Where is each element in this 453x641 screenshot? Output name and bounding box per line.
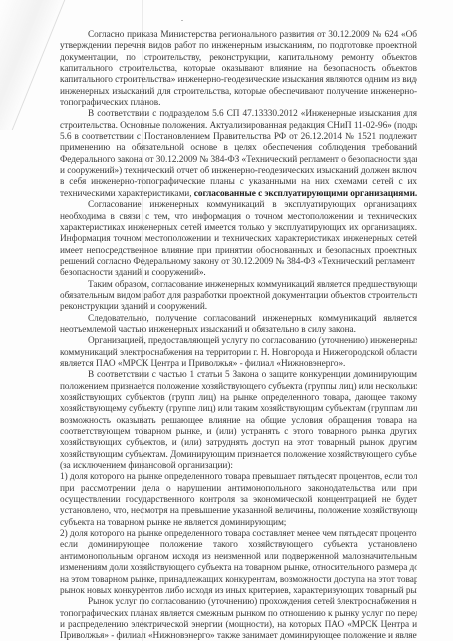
text-line: характеристиках инженерных сетей имеется…	[60, 223, 417, 234]
text-line: инженерных изысканий для строительства, …	[60, 87, 417, 98]
text-line: установлено, что, несмотря на превышение…	[60, 506, 417, 517]
text-line: соответствующем товарном рынке, и (или) …	[60, 427, 417, 438]
text-line: применению на обязательной основе в целя…	[60, 143, 417, 154]
text-line: изменениям доли хозяйствующего субъекта …	[60, 563, 417, 574]
text-line: на этом товарном рынке, принадлежащих ко…	[60, 575, 417, 586]
text-line: Организацией, предоставляющей услугу по …	[60, 336, 417, 347]
text-line: строительства. Основные положения. Актуа…	[60, 121, 417, 132]
text-line: и распределению электрической энергии (м…	[60, 620, 417, 631]
text-line: хозяйствующих субъектов (групп лиц) на р…	[60, 393, 417, 404]
text-line: реконструкции зданий и сооружений.	[60, 302, 417, 313]
text-line: Рынок услуг по согласованию (уточнению) …	[60, 597, 417, 608]
paragraph-sp-47: В соответствии с подразделом 5.6 СП 47.1…	[60, 109, 417, 200]
scan-shadow-edge	[0, 0, 69, 130]
text-line: топографических планах является смежным …	[60, 609, 417, 620]
paragraph-order-624: Согласно приказа Министерства региональн…	[60, 30, 417, 109]
text-line: 2) доля которого на рынке определенного …	[60, 529, 417, 540]
text-line: обязательным видом работ для разработки …	[60, 291, 417, 302]
paragraph-consequently: Следовательно, получение согласований ин…	[60, 314, 417, 337]
paragraph-adjacent-market: Рынок услуг по согласованию (уточнению) …	[60, 597, 417, 641]
text-line: рынок новых конкурентов либо исходя из и…	[60, 586, 417, 597]
text-line-with-emphasis: техническими характеристиками, согласова…	[60, 189, 417, 200]
text-line: утверждении перечня видов работ по инжен…	[60, 41, 417, 52]
list-item-1: 1) доля которого на рынке определенного …	[60, 472, 417, 529]
text-line: Согласование инженерных коммуникаций в э…	[60, 200, 417, 211]
text-line: 1) доля которого на рынке определенного …	[60, 472, 417, 483]
text-line: положением признается положение хозяйств…	[60, 382, 417, 393]
text-line: Согласно приказа Министерства региональн…	[60, 30, 417, 41]
text-line: Таким образом, согласование инженерных к…	[60, 280, 417, 291]
bold-emphasis: согласованные с эксплуатирующими организ…	[194, 189, 417, 199]
text-line: решений согласно Федеральному закону от …	[60, 257, 417, 268]
text-line: в себя инженерно-топографические планы с…	[60, 177, 417, 188]
text-line: необходима в связи с тем, что информация…	[60, 212, 417, 223]
text-line: неотъемлемой частью инженерных изысканий…	[60, 325, 417, 336]
text-line: имеет непосредственное влияние при приня…	[60, 246, 417, 257]
paragraph-coordination-need: Согласование инженерных коммуникаций в э…	[60, 200, 417, 279]
text-line: топографических планов.	[60, 98, 417, 109]
paragraph-thus: Таким образом, согласование инженерных к…	[60, 280, 417, 314]
text-line: капитального строительства» инженерно-ге…	[60, 75, 417, 86]
text-line: Информация точном местоположении и техни…	[60, 234, 417, 245]
paragraph-provider-organization: Организацией, предоставляющей услугу по …	[60, 336, 417, 370]
scan-speck	[181, 20, 183, 21]
text-line: Федерального закона от 30.12.2009 № 384-…	[60, 155, 417, 166]
text-line: антимонопольным органом исходя из неизме…	[60, 552, 417, 563]
text-line: (за исключением финансовой организации):	[60, 461, 417, 472]
text-line: безопасности зданий и сооружений».	[60, 268, 417, 279]
list-item-2: 2) доля которого на рынке определенного …	[60, 529, 417, 597]
text-line: возможность оказывать решающее влияние н…	[60, 416, 417, 427]
text-line: и сооружений») технический отчет об инже…	[60, 166, 417, 177]
text-line: хозяйствующим субъектам. Доминирующим пр…	[60, 450, 417, 461]
text-line: хозяйствующих субъектов, и (или) затрудн…	[60, 438, 417, 449]
text-line: Следовательно, получение согласований ин…	[60, 314, 417, 325]
text-line: капитального строительства, которые оказ…	[60, 64, 417, 75]
text-line: является ПАО «МРСК Центра и Приволжья» -…	[60, 359, 417, 370]
text-line: субъекта на товарном рынке не является д…	[60, 518, 417, 529]
text-line: Приволжья» - филиал «Нижновэнерго» также…	[60, 631, 417, 641]
text-line: если доминирующее положение такого хозяй…	[60, 540, 417, 551]
text-line: В соответствии с частью 1 статьи 5 Закон…	[60, 370, 417, 381]
text-line: коммуникаций электроснабжения на террито…	[60, 348, 417, 359]
text-line: осуществлении государственного контроля …	[60, 495, 417, 506]
paragraph-competition-law: В соответствии с частью 1 статьи 5 Закон…	[60, 370, 417, 472]
text-line: документации, по строительству, реконстр…	[60, 53, 417, 64]
text-line: хозяйствующему субъекту (группе лиц) или…	[60, 404, 417, 415]
text-line: В соответствии с подразделом 5.6 СП 47.1…	[60, 109, 417, 120]
text-line: при рассмотрении дела о нарушении антимо…	[60, 484, 417, 495]
document-body: Согласно приказа Министерства региональн…	[60, 30, 417, 641]
text-fragment: техническими характеристиками,	[60, 189, 194, 199]
text-line: 5.6 в соответствии с Постановлением Прав…	[60, 132, 417, 143]
scanned-document-page: Согласно приказа Министерства региональн…	[0, 0, 453, 641]
